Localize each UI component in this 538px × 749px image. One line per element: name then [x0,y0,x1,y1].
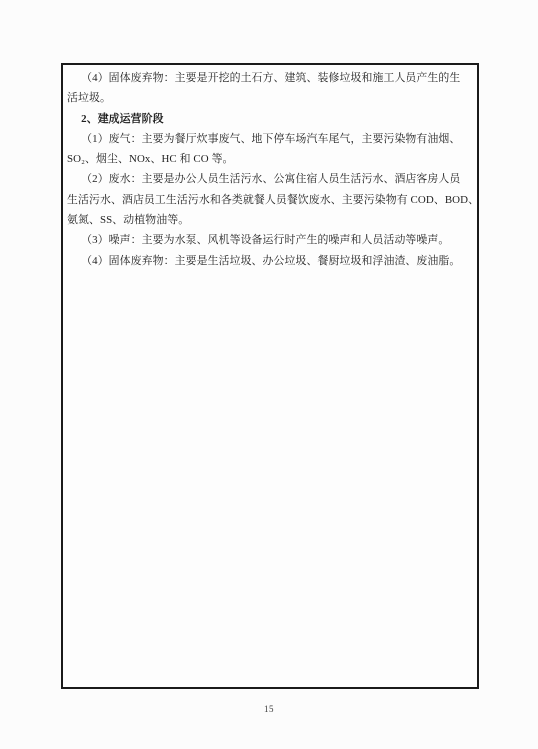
section-heading: 2、建成运营阶段 [67,109,475,129]
page-number: 15 [0,704,538,714]
paragraph-line: （2）废水：主要是办公人员生活污水、公寓住宿人员生活污水、酒店客房人员 [67,169,475,189]
paragraph-line: （4）固体废弃物：主要是开挖的土石方、建筑、装修垃圾和施工人员产生的生 [67,68,475,88]
paragraph-line: SO₂、烟尘、NOx、HC 和 CO 等。 [67,149,475,169]
paragraph-line: 生活污水、酒店员工生活污水和各类就餐人员餐饮废水、主要污染物有 COD、BOD、 [67,190,475,210]
document-page: （4）固体废弃物：主要是开挖的土石方、建筑、装修垃圾和施工人员产生的生 活垃圾。… [0,0,538,749]
paragraph-line: 氨氮、SS、动植物油等。 [67,210,475,230]
paragraph-line: （3）噪声：主要为水泵、风机等设备运行时产生的噪声和人员活动等噪声。 [67,230,475,250]
paragraph-line: （1）废气：主要为餐厅炊事废气、地下停车场汽车尾气，主要污染物有油烟、 [67,129,475,149]
paragraph-line: 活垃圾。 [67,88,475,108]
paragraph-line: （4）固体废弃物：主要是生活垃圾、办公垃圾、餐厨垃圾和浮油渣、废油脂。 [67,251,475,271]
content-border-box: （4）固体废弃物：主要是开挖的土石方、建筑、装修垃圾和施工人员产生的生 活垃圾。… [61,63,479,689]
